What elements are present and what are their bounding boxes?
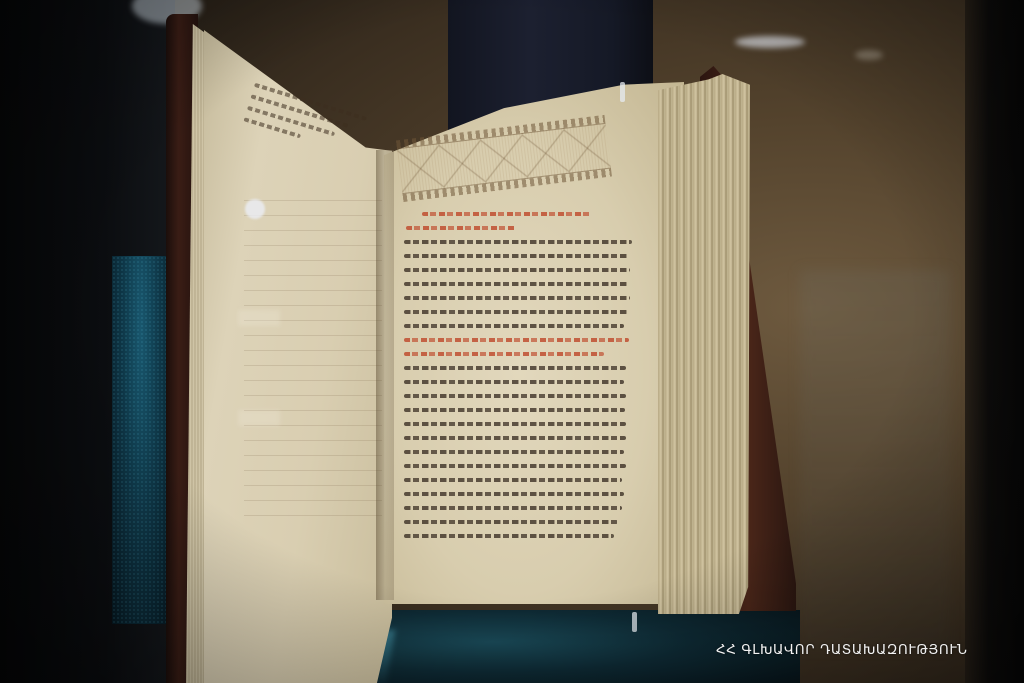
light-glare [735,36,805,48]
light-reflection [245,199,265,219]
book-gutter [376,150,394,600]
manuscript-text-block [404,210,636,550]
teal-velvet-panel [112,256,170,624]
display-case-frame-right [965,0,1024,683]
watermark-text: ՀՀ ԳԼԽԱՎՈՐ ԴԱՏԱԽԱԶՈՒԹՅՈՒՆ [716,642,968,658]
light-reflection [238,310,280,326]
display-clip [632,612,637,632]
manuscript-photo: ՀՀ ԳԼԽԱՎՈՐ ԴԱՏԱԽԱԶՈՒԹՅՈՒՆ [0,0,1024,683]
page-edges-right [658,74,750,614]
glass-reflection [800,270,950,650]
light-glare [855,50,883,60]
light-reflection [238,410,280,426]
display-clip [620,82,625,102]
